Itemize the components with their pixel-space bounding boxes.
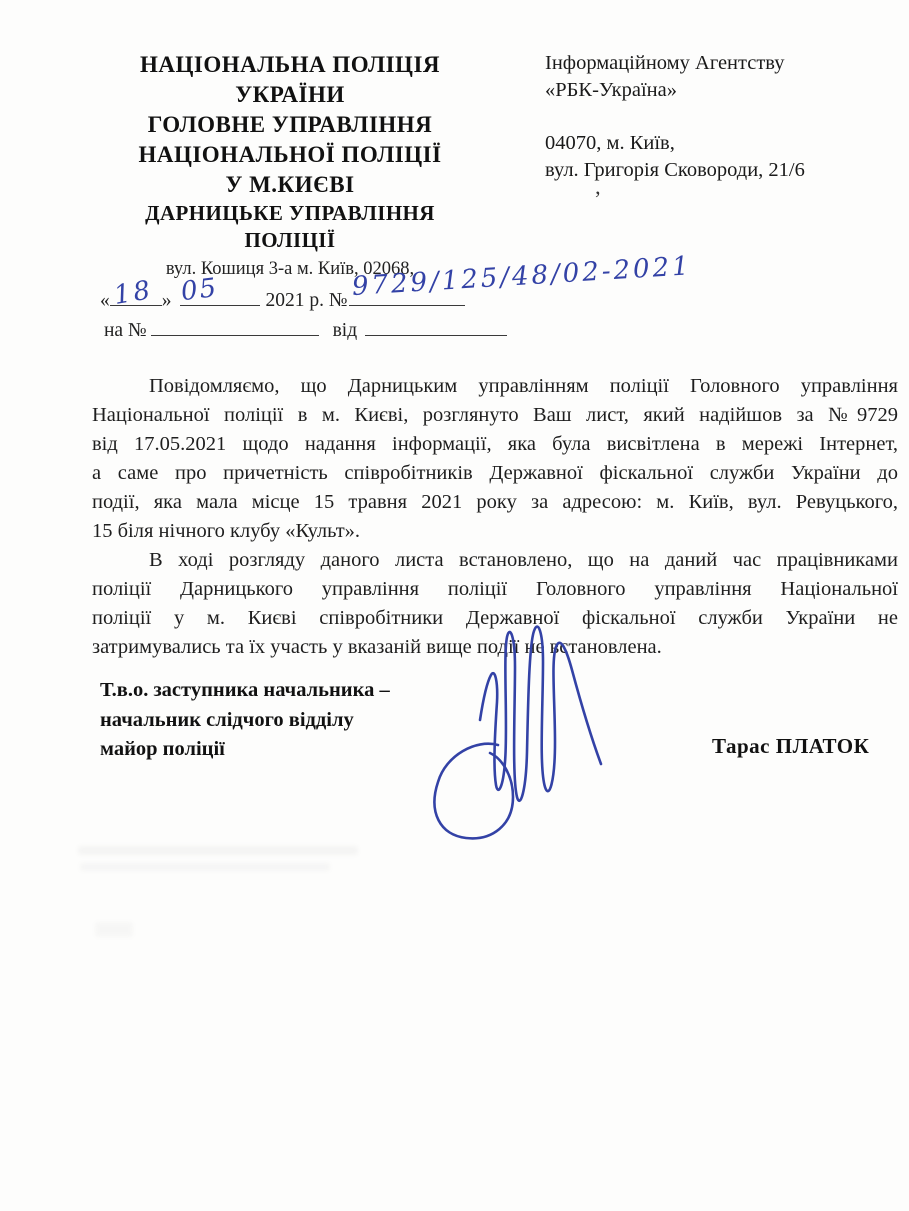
body-line: від 17.05.2021 щодо надання інформації, … — [92, 430, 898, 459]
from-date-blank — [365, 317, 507, 336]
quote-open: « — [100, 290, 110, 311]
recipient-name-line: Інформаційному Агентству — [545, 50, 890, 77]
org-name-line: НАЦІОНАЛЬНОЇ ПОЛІЦІЇ — [88, 140, 492, 170]
body-line: В ході розгляду даного листа встановлено… — [92, 546, 898, 575]
dept-name-line: ПОЛІЦІЇ — [88, 227, 492, 254]
handwritten-month: 05 — [179, 273, 219, 307]
reference-line: на №від — [104, 317, 507, 342]
dept-name-line: ДАРНИЦЬКЕ УПРАВЛІННЯ — [88, 200, 492, 227]
body-line: поліції Дарницького управління поліції Г… — [92, 575, 898, 604]
scan-artifact — [95, 922, 133, 937]
body-line: а саме про причетність співробітників Де… — [92, 459, 898, 488]
reply-number-blank — [151, 317, 319, 336]
recipient-block: Інформаційному Агентству «РБК-Україна» 0… — [545, 50, 890, 184]
signatory-name: Тарас ПЛАТОК — [712, 734, 869, 759]
recipient-address-line: вул. Григорія Сковороди, 21/6 — [545, 157, 890, 184]
body-line: Повідомляємо, що Дарницьким управлінням … — [92, 372, 898, 401]
recipient-name-line: «РБК-Україна» — [545, 77, 890, 104]
org-name-line: НАЦІОНАЛЬНА ПОЛІЦІЯ — [88, 50, 492, 80]
from-label: від — [333, 320, 358, 341]
scan-artifact — [80, 863, 330, 871]
signatory-title: Т.в.о. заступника начальника – начальник… — [100, 676, 390, 765]
body-line: 15 біля нічного клубу «Культ». — [92, 517, 898, 546]
letterhead: НАЦІОНАЛЬНА ПОЛІЦІЯ УКРАЇНИ ГОЛОВНЕ УПРА… — [88, 50, 492, 281]
recipient-address-line: 04070, м. Київ, — [545, 130, 890, 157]
body-line: події, яка мала місце 15 травня 2021 рок… — [92, 488, 898, 517]
year-label: 2021 р. № — [266, 290, 348, 311]
scan-artifact — [78, 846, 358, 855]
quote-close: » — [162, 290, 172, 311]
signatory-title-line: Т.в.о. заступника начальника – — [100, 676, 390, 706]
org-name-line: ГОЛОВНЕ УПРАВЛІННЯ — [88, 110, 492, 140]
org-name-line: УКРАЇНИ — [88, 80, 492, 110]
org-name-line: У М.КИЄВІ — [88, 170, 492, 200]
reply-to-label: на № — [104, 320, 147, 341]
signatory-title-line: майор поліції — [100, 735, 390, 765]
handwritten-day: 18 — [112, 275, 155, 311]
body-line: Національної поліції в м. Києві, розглян… — [92, 401, 898, 430]
signatory-title-line: начальник слідчого відділу — [100, 706, 390, 736]
handwritten-signature — [413, 612, 628, 860]
document-page: НАЦІОНАЛЬНА ПОЛІЦІЯ УКРАЇНИ ГОЛОВНЕ УПРА… — [0, 0, 909, 1211]
stray-ink-mark: ’ — [594, 186, 601, 212]
